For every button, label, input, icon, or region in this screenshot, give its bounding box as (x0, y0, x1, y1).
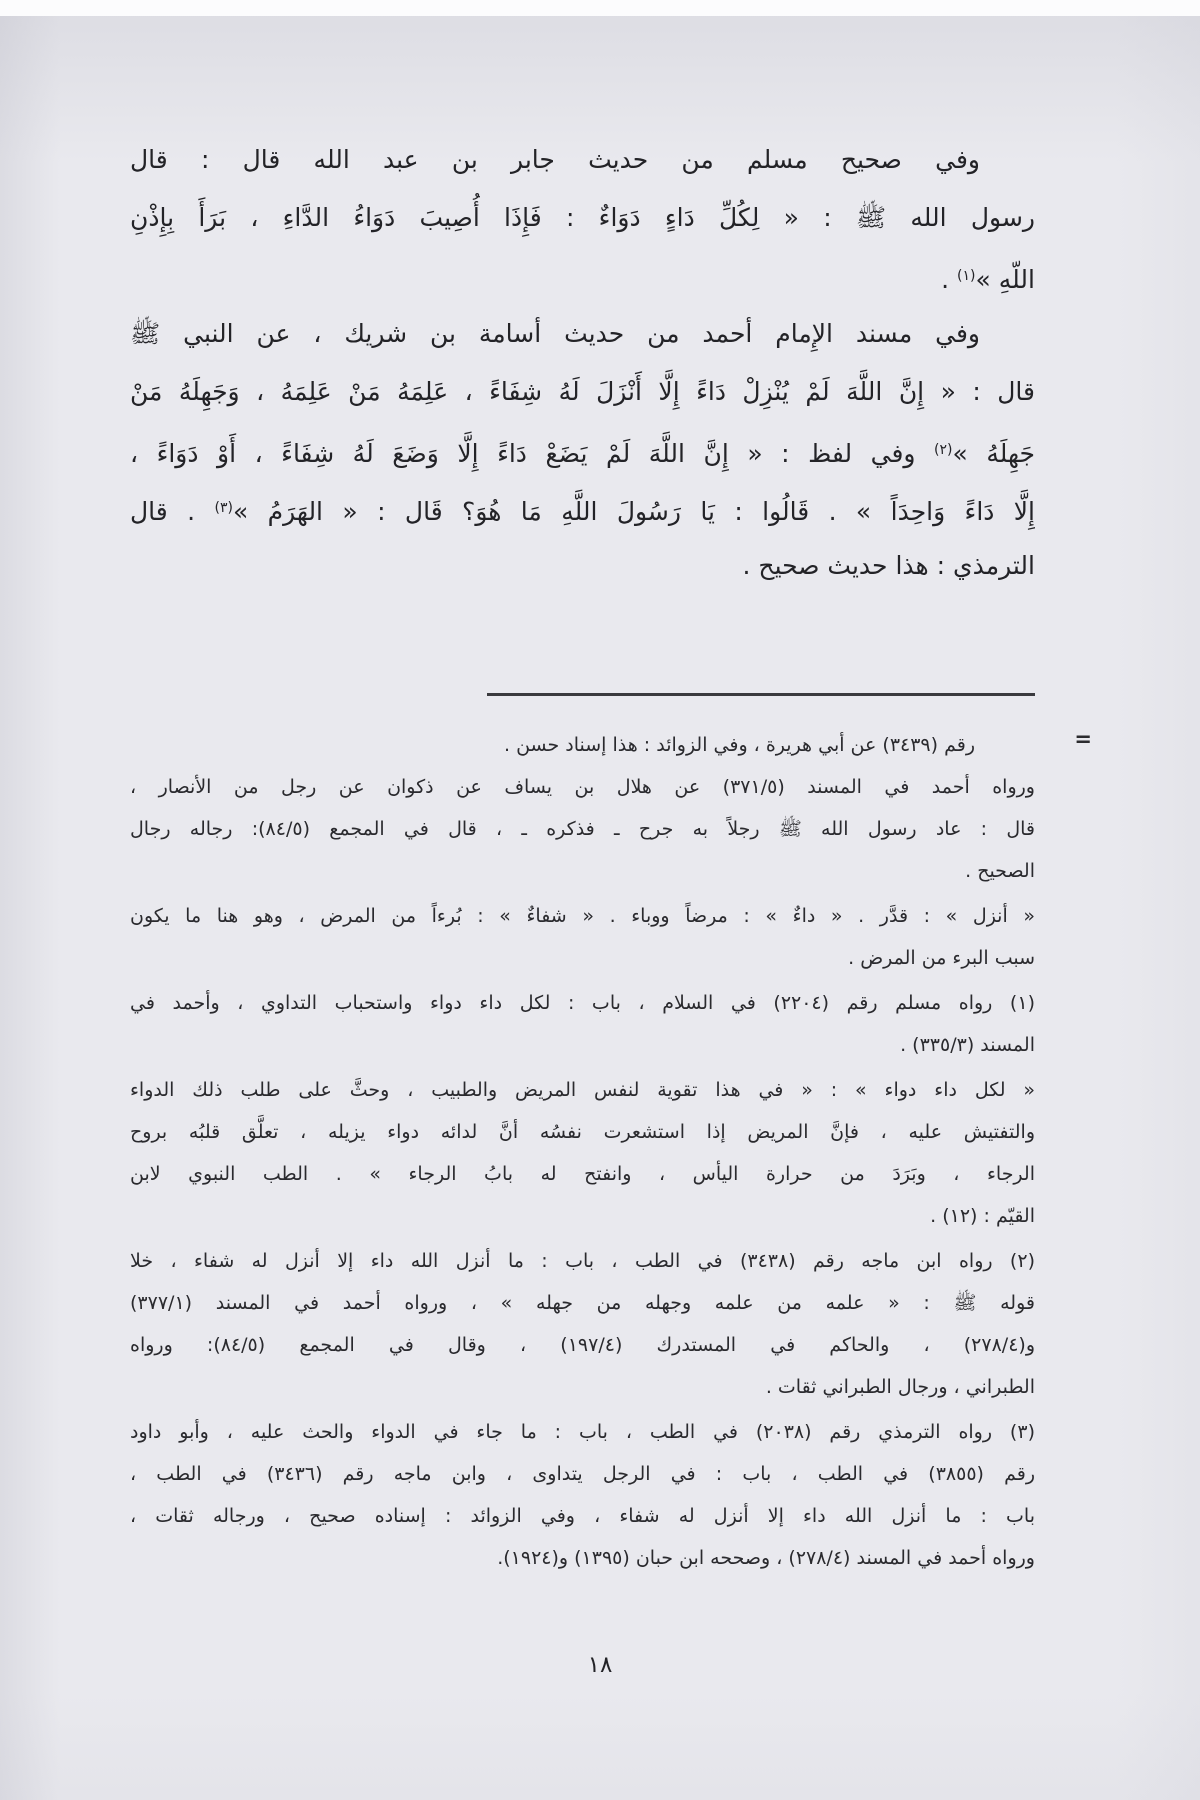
text-line: رسول الله ﷺ : « لِكُلِّ دَاءٍ دَوَاءٌ : … (130, 189, 1035, 247)
footnote-line: الطبراني ، ورجال الطبراني ثقات . (130, 1366, 1035, 1408)
footnote-line: ورواه أحمد في المسند (٣٧١/٥) عن هلال بن … (130, 766, 1035, 808)
footnote-separator-rule (487, 693, 1035, 696)
footnote-line: الرجاء ، وبَرَدَ من حرارة اليأس ، وانفتح… (130, 1153, 1035, 1195)
footnote-1: (١) رواه مسلم رقم (٢٢٠٤) في السلام ، باب… (130, 982, 1035, 1066)
footnote-line: باب : ما أنزل الله داء إلا أنزل له شفاء … (130, 1495, 1035, 1537)
text-segment: . (941, 265, 957, 294)
footnote-line: ورواه أحمد في المسند (٢٧٨/٤) ، وصححه ابن… (130, 1537, 1035, 1579)
text-line: وفي صحيح مسلم من حديث جابر بن عبد الله ق… (130, 131, 1035, 189)
main-text-block: وفي صحيح مسلم من حديث جابر بن عبد الله ق… (130, 131, 1035, 595)
footnote-2: (٢) رواه ابن ماجه رقم (٣٤٣٨) في الطب ، ب… (130, 1240, 1035, 1408)
footnote-continuation: رقم (٣٤٣٩) عن أبي هريرة ، وفي الزوائد : … (130, 724, 1035, 892)
text-segment: اللّهِ » (976, 265, 1036, 294)
footnote-line: « أنزل » : قدَّر . « داءٌ » : مرضاً ووبا… (130, 895, 1035, 937)
footnote-line: (٢) رواه ابن ماجه رقم (٣٤٣٨) في الطب ، ب… (130, 1240, 1035, 1282)
scan-edge-strip (0, 0, 1200, 16)
text-line: قال : « إِنَّ اللَّهَ لَمْ يُنْزِلْ دَاء… (130, 363, 1035, 421)
paragraph-2: وفي مسند الإِمام أحمد من حديث أسامة بن ش… (130, 305, 1035, 595)
footnote-gloss: « أنزل » : قدَّر . « داءٌ » : مرضاً ووبا… (130, 895, 1035, 979)
page-number: ١٨ (0, 1652, 1200, 1678)
text-segment: . قال (130, 497, 214, 526)
text-line: الترمذي : هذا حديث صحيح . (130, 537, 1035, 595)
footnote-line: والتفتيش عليه ، فإنَّ المريض إذا استشعرت… (130, 1111, 1035, 1153)
footnote-1-gloss: « لكل داء دواء » : « في هذا تقوية لنفس ا… (130, 1069, 1035, 1237)
footnote-line: قال : عاد رسول الله ﷺ رجلاً به جرح ـ فذك… (130, 808, 1035, 850)
text-line: اللّهِ »(١) . (130, 247, 1035, 305)
text-line: وفي مسند الإِمام أحمد من حديث أسامة بن ش… (130, 305, 1035, 363)
footnote-ref-3: (٣) (214, 500, 232, 516)
text-segment: وفي لفظ : « إِنَّ اللَّهَ لَمْ يَضَعْ دَ… (130, 439, 934, 468)
footnote-ref-1: (١) (957, 268, 975, 284)
footnote-line: سبب البرء من المرض . (130, 937, 1035, 979)
footnote-line: (٣) رواه الترمذي رقم (٢٠٣٨) في الطب ، با… (130, 1411, 1035, 1453)
footnote-line: (١) رواه مسلم رقم (٢٢٠٤) في السلام ، باب… (130, 982, 1035, 1024)
footnote-3: (٣) رواه الترمذي رقم (٢٠٣٨) في الطب ، با… (130, 1411, 1035, 1579)
footnotes-block: رقم (٣٤٣٩) عن أبي هريرة ، وفي الزوائد : … (130, 724, 1035, 1582)
footnote-line: المسند (٣٣٥/٣) . (130, 1024, 1035, 1066)
text-segment: إِلَّا دَاءً وَاحِدَاً » . قَالُوا : يَا… (233, 497, 1035, 526)
footnote-line: « لكل داء دواء » : « في هذا تقوية لنفس ا… (130, 1069, 1035, 1111)
footnote-line: و(٢٧٨/٤) ، والحاكم في المستدرك (١٩٧/٤) ،… (130, 1324, 1035, 1366)
footnote-line: الصحيح . (130, 850, 1035, 892)
footnote-ref-2: (٢) (934, 442, 952, 458)
paragraph-1: وفي صحيح مسلم من حديث جابر بن عبد الله ق… (130, 131, 1035, 305)
footnote-line: القيّم : (١٢) . (130, 1195, 1035, 1237)
text-line: جَهِلَهُ »(٢) وفي لفظ : « إِنَّ اللَّهَ … (130, 421, 1035, 479)
footnote-line: قوله ﷺ : « علمه من علمه وجهله من جهله » … (130, 1282, 1035, 1324)
scanned-book-page: وفي صحيح مسلم من حديث جابر بن عبد الله ق… (0, 0, 1200, 1800)
footnote-continuation-mark: = (1074, 727, 1092, 751)
text-segment: جَهِلَهُ » (953, 439, 1035, 468)
footnote-line: رقم (٣٤٣٩) عن أبي هريرة ، وفي الزوائد : … (130, 724, 1035, 766)
footnote-line: رقم (٣٨٥٥) في الطب ، باب : في الرجل يتدا… (130, 1453, 1035, 1495)
text-line: إِلَّا دَاءً وَاحِدَاً » . قَالُوا : يَا… (130, 479, 1035, 537)
